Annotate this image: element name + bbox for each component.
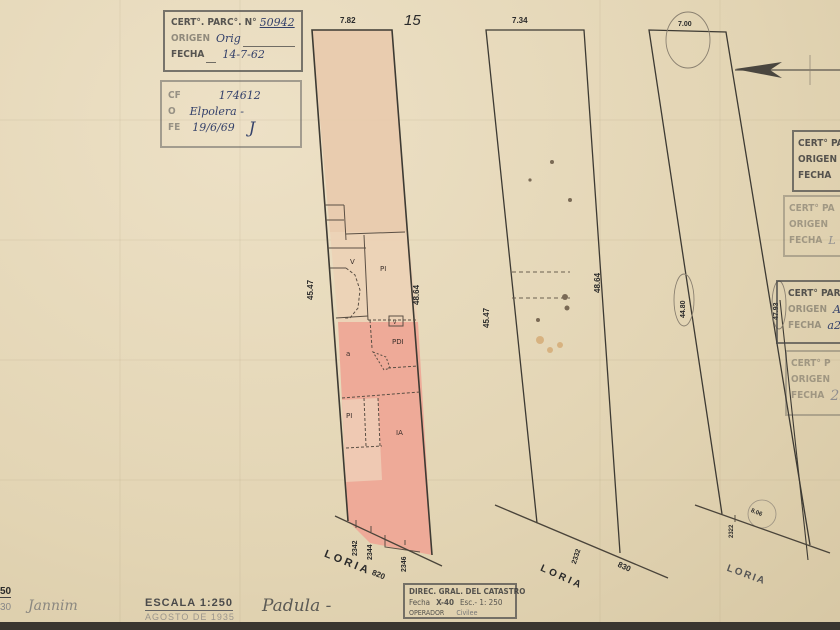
stamp-label: FECHA: [788, 318, 821, 334]
handwritten-value: 29: [830, 388, 840, 404]
cert-parcel-stamp: CERT°. PARC°. N°50942 ORIGENOrig FECHA14…: [163, 10, 303, 72]
margin-fraction-top: 50: [0, 586, 11, 598]
cf-stamp: CF174612 OElpolera - FE19/6/69J: [160, 80, 302, 148]
stamp-label: Fecha: [409, 597, 430, 608]
o-value: Elpolera -: [190, 104, 244, 120]
parcel-15-left-depth: 45.47: [306, 280, 315, 300]
stamp-label: ORIGEN: [798, 152, 840, 168]
stamp-label: CF: [168, 88, 181, 104]
parcel-right-depth: 44.80: [680, 300, 687, 318]
parcel-right: [649, 12, 810, 545]
door-number: 2344: [367, 544, 374, 560]
stamp-label: FECHA: [791, 388, 824, 404]
stamp-label: OPERADOR: [409, 608, 444, 619]
parcel-right-front-width: 7.00: [678, 21, 692, 28]
right-cert-stamp-3: CERT° PARC ORIGENAle FECHAa23: [776, 280, 840, 344]
stamp-label: FECHA: [798, 168, 840, 184]
svg-text:V: V: [393, 320, 397, 326]
stamp-label: FECHA: [171, 47, 204, 63]
cadastral-sheet: V PI V PDI a PI IA: [0, 0, 840, 630]
svg-text:PDI: PDI: [392, 338, 404, 346]
parcel-middle-left-depth: 45.47: [482, 308, 491, 328]
cf-value: 174612: [219, 88, 261, 104]
stamp-label: CERT° PAR: [798, 136, 840, 152]
stamp-label: CERT° P: [791, 356, 840, 372]
north-arrow-icon: [735, 55, 840, 85]
svg-text:PI: PI: [380, 265, 386, 273]
right-cert-stamp-2: CERT° PA ORIGEN FECHAL: [783, 195, 840, 257]
cert-number: 50942: [260, 15, 295, 31]
margin-fraction-bottom: 30: [0, 602, 11, 613]
parcel-15-front-width: 7.82: [340, 16, 356, 25]
stamp-label: FE: [168, 120, 180, 136]
parcel-middle-front-width: 7.34: [512, 16, 528, 25]
stamp-label: ORIGEN: [788, 302, 827, 318]
origen-value: Orig: [216, 31, 241, 47]
svg-text:IA: IA: [396, 429, 403, 437]
catastro-stamp: DIREC. GRAL. DEL CATASTRO FechaX-40Esc.-…: [403, 583, 517, 619]
stamp-label: CERT° PARC: [788, 286, 840, 302]
door-number: 2322: [729, 525, 735, 538]
scan-edge: [0, 622, 840, 630]
fe-value: 19/6/69: [192, 120, 234, 136]
door-number: 2346: [401, 556, 408, 572]
catastro-fecha: X-40: [436, 597, 454, 608]
signature-padula: Padula -: [262, 596, 331, 616]
stamp-label: CERT°. PARC°. N°: [171, 15, 257, 31]
stamp-label: O: [168, 104, 176, 120]
scale-label: ESCALA 1:250: [145, 597, 233, 611]
operador-value: Civilee: [456, 608, 477, 619]
fecha-value: 14-7-62: [222, 47, 264, 63]
parcel-15-right-depth: 48.64: [412, 285, 421, 305]
stamp-label: FECHA: [789, 233, 822, 249]
stamp-label: ORIGEN: [791, 372, 840, 388]
handwritten-value: a23: [827, 318, 840, 334]
sheet-number: 15: [404, 12, 421, 29]
stamp-label: ORIGEN: [789, 217, 840, 233]
catastro-scale: Esc.- 1: 250: [460, 597, 502, 608]
right-cert-stamp-1: CERT° PAR ORIGEN FECHA: [792, 130, 840, 192]
parcel-middle-right-depth: 48.64: [593, 273, 602, 293]
svg-text:V: V: [350, 258, 355, 266]
right-cert-stamp-4: CERT° P ORIGEN FECHA29: [785, 350, 840, 416]
signature-jannim: Jannim: [28, 598, 78, 614]
door-number: 2342: [352, 540, 359, 556]
handwritten-value: Ale: [833, 302, 840, 318]
svg-text:PI: PI: [346, 412, 352, 420]
svg-text:a: a: [346, 350, 350, 358]
catastro-title: DIREC. GRAL. DEL CATASTRO: [409, 586, 511, 597]
handwritten-value: L: [828, 233, 835, 249]
stamp-label: ORIGEN: [171, 31, 210, 47]
stamp-label: CERT° PA: [789, 201, 840, 217]
plan-drawing: V PI V PDI a PI IA: [0, 0, 840, 630]
date-label: AGOSTO DE 1935: [145, 612, 235, 622]
